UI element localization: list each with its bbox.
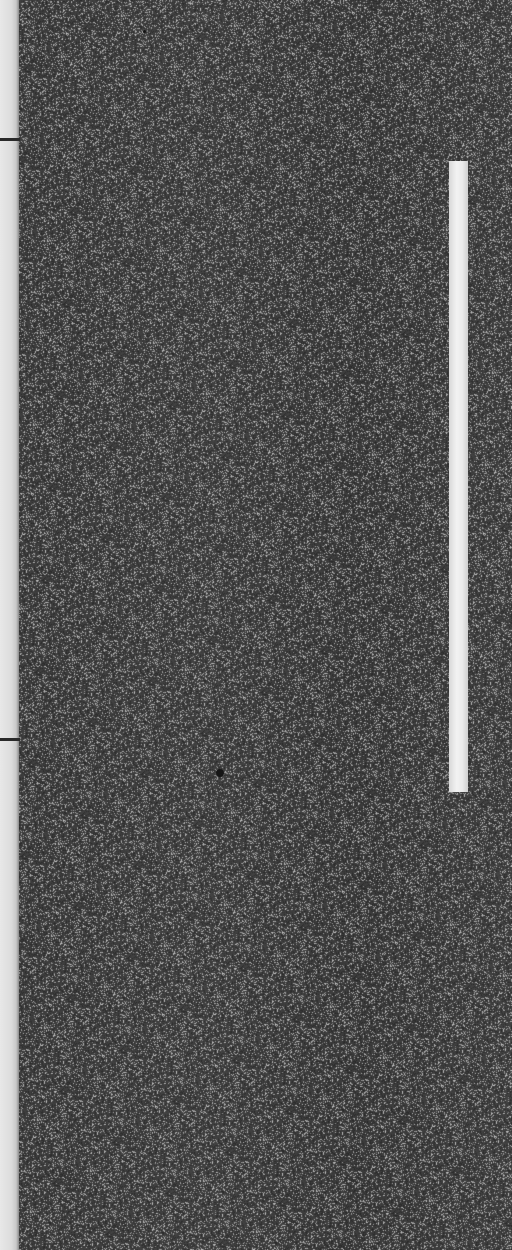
oil-spot <box>216 769 224 777</box>
oil-spot <box>143 30 146 33</box>
edge-line-crack <box>0 138 20 141</box>
road-scene <box>0 0 512 1250</box>
lane-dash-marking <box>449 161 468 792</box>
edge-line-crack <box>0 738 20 741</box>
asphalt-texture <box>0 0 512 1250</box>
left-edge-line <box>0 0 19 1250</box>
